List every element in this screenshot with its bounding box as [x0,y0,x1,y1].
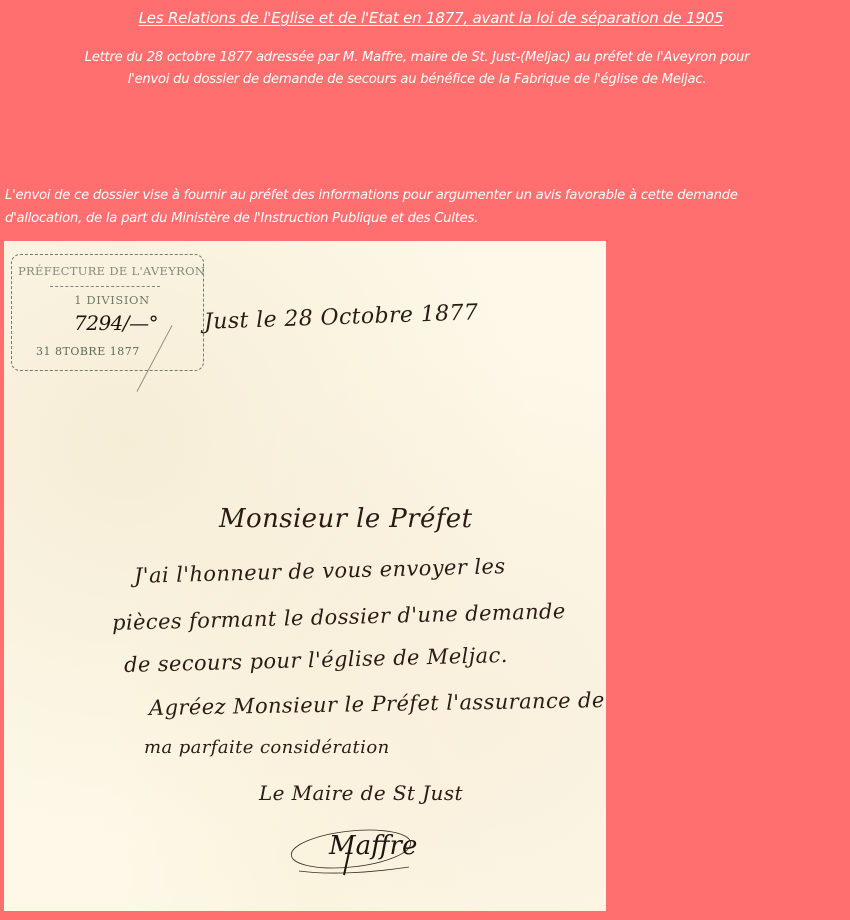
intro-line-2: l'envoi du dossier de demande de secours… [0,69,834,91]
signature-text: Maffre [329,831,417,861]
context-line-1: L'envoi de ce dossier vise à fournir au … [5,184,850,207]
stamp-divider [50,286,160,287]
stamp-received-date: 31 8TOBRE 1877 [36,345,196,358]
letter-closing: Le Maire de St Just [259,781,463,805]
signature: Maffre [289,823,424,878]
page-title: Les Relations de l'Eglise et de l'Etat e… [0,9,850,27]
letter-body-line: de secours pour l'église de Meljac. [124,643,508,677]
letter-body-line: J'ai l'honneur de vous envoyer les [134,554,506,588]
intro-line-1: Lettre du 28 octobre 1877 adressée par M… [0,47,834,69]
context-line-2: d'allocation, de la part du Ministère de… [5,207,850,230]
stamp-header: PRÉFECTURE DE L'AVEYRON [18,264,193,278]
letter-salutation: Monsieur le Préfet [219,504,472,534]
stamp-registration-number: 7294/—° [74,311,158,335]
letter-body-line: Agréez Monsieur le Préfet l'assurance de [149,688,605,720]
context-paragraph: L'envoi de ce dossier vise à fournir au … [5,184,850,230]
letter-body-line: pièces formant le dossier d'une demande [112,599,566,635]
letter-date-line: Just le 28 Octobre 1877 [204,300,479,335]
intro-paragraph: Lettre du 28 octobre 1877 adressée par M… [0,47,834,91]
prefecture-stamp: PRÉFECTURE DE L'AVEYRON 1 DIVISION 7294/… [11,254,204,371]
letter-scan-image: PRÉFECTURE DE L'AVEYRON 1 DIVISION 7294/… [4,241,606,911]
letter-body-line: ma parfaite considération [144,737,390,758]
stamp-division: 1 DIVISION [42,293,182,307]
